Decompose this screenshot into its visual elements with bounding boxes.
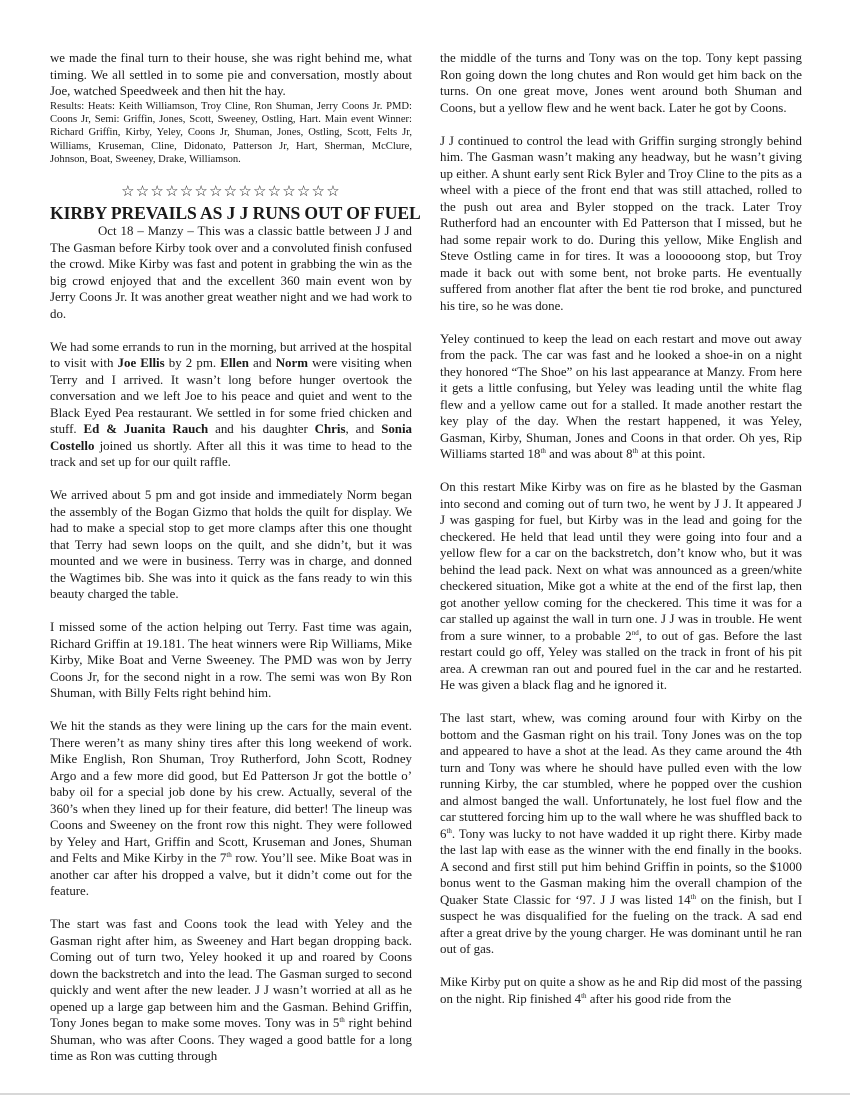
bold-name: Ellen <box>220 356 249 370</box>
star-divider: ☆☆☆☆☆☆☆☆☆☆☆☆☆☆☆ <box>50 183 412 201</box>
paragraph-restart: Yeley continued to keep the lead on each… <box>440 331 802 463</box>
right-column: the middle of the turns and Tony was on … <box>440 50 802 1007</box>
paragraph-battle: the middle of the turns and Tony was on … <box>440 50 802 116</box>
results-paragraph: Results: Heats: Keith Williamson, Troy C… <box>50 100 412 167</box>
carryover-paragraph: we made the final turn to their house, s… <box>50 50 412 100</box>
bold-name: Joe Ellis <box>118 356 165 370</box>
paragraph-qualifying: I missed some of the action helping out … <box>50 619 412 702</box>
left-column: we made the final turn to their house, s… <box>50 50 412 1065</box>
scan-edge-rule <box>0 1093 850 1095</box>
paragraph-kirby-fire: On this restart Mike Kirby was on fire a… <box>440 479 802 694</box>
paragraph-hospital-visit: We had some errands to run in the mornin… <box>50 339 412 471</box>
paragraph-last-start: The last start, whew, was coming around … <box>440 710 802 958</box>
newsletter-page: we made the final turn to their house, s… <box>0 0 850 1100</box>
paragraph-quilt-raffle: We arrived about 5 pm and got inside and… <box>50 487 412 603</box>
article-headline: KIRBY PREVAILS AS J J RUNS OUT OF FUEL <box>50 203 412 223</box>
paragraph-lineup: We hit the stands as they were lining up… <box>50 718 412 900</box>
paragraph-kirby-show: Mike Kirby put on quite a show as he and… <box>440 974 802 1007</box>
paragraph-start: The start was fast and Coons took the le… <box>50 916 412 1065</box>
article-lede: Oct 18 – Manzy – This was a classic batt… <box>50 223 412 322</box>
bold-name: Chris <box>315 422 346 436</box>
bold-name: Ed & Juanita Rauch <box>84 422 209 436</box>
paragraph-lead-control: J J continued to control the lead with G… <box>440 133 802 315</box>
bold-name: Norm <box>276 356 308 370</box>
